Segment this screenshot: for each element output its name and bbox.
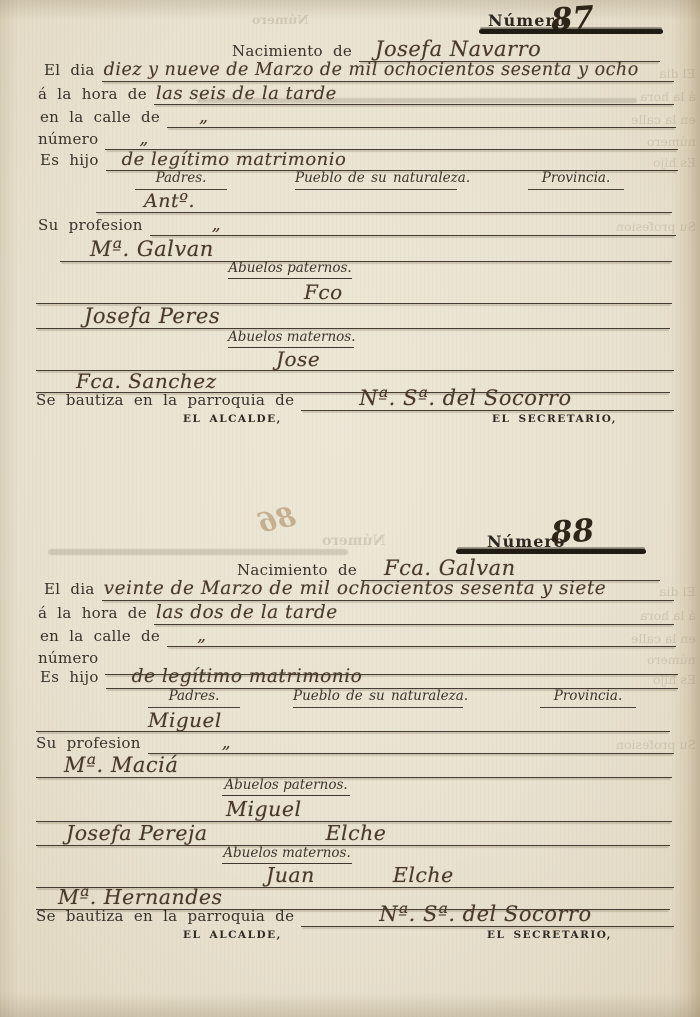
numero-casa-label: número xyxy=(38,649,105,667)
pueblo-column-header: Pueblo de su naturaleza. xyxy=(293,688,463,708)
numero-underline-bar xyxy=(456,549,646,554)
dia-label: El dia xyxy=(44,580,102,598)
bleedthrough-numero: Número xyxy=(322,533,385,549)
profession-value: „ xyxy=(222,735,231,752)
father-name-value: Antº. xyxy=(144,192,195,211)
bleedthrough-text: Su profesion xyxy=(616,219,696,234)
profesion-label: Su profesion xyxy=(38,216,150,234)
bleedthrough-text: El dia xyxy=(659,66,696,81)
abuelos-paternos-header: Abuelos paternos. xyxy=(228,260,352,279)
hijo-label: Es hijo xyxy=(40,668,106,686)
bleedthrough-text: El dia xyxy=(659,584,696,599)
bleedthrough-text: Es hijo xyxy=(653,672,696,687)
legitimacy-value: de legítimo matrimonio xyxy=(122,151,347,169)
hora-label: á la hora de xyxy=(38,604,154,622)
secretario-signature-label: EL SECRETARIO, xyxy=(487,929,612,941)
child-name-value: Fca. Galvan xyxy=(384,558,516,579)
calle-label: en la calle de xyxy=(40,108,167,126)
alcalde-signature-label: EL ALCALDE, xyxy=(183,929,282,941)
abuelos-maternos-header: Abuelos maternos. xyxy=(222,845,352,864)
profession-value: „ xyxy=(212,217,221,234)
birth-date-value: diez y nueve de Marzo de mil ochocientos… xyxy=(104,62,639,80)
parroquia-label: Se bautiza en la parroquia de xyxy=(36,907,301,925)
paternal-grandfather-value: Miguel xyxy=(226,799,302,820)
hijo-label: Es hijo xyxy=(40,151,106,169)
pueblo-column-header: Pueblo de su naturaleza. xyxy=(295,170,457,190)
provincia-column-header: Provincia. xyxy=(528,170,624,190)
maternal-grandfather-value: Juan xyxy=(266,865,315,886)
mother-name-value: Mª. Galvan xyxy=(90,239,214,260)
father-name-value: Miguel xyxy=(148,710,222,730)
bleedthrough-text: número xyxy=(647,134,696,149)
bleedthrough-text: en la calle xyxy=(631,631,696,646)
maternal-grandfather-value: Jose xyxy=(276,349,320,369)
paternal-grandmother-value: Josefa Pereja xyxy=(66,823,208,844)
padres-column-header: Padres. xyxy=(148,688,240,708)
bleedthrough-text: á la hora xyxy=(640,608,696,623)
provincia-column-header: Provincia. xyxy=(540,688,636,708)
registry-page: Número 87 Nacimiento de Josefa Navarro E… xyxy=(0,0,700,1017)
bleedthrough-numero: Número xyxy=(252,12,309,27)
parroquia-label: Se bautiza en la parroquia de xyxy=(36,391,301,409)
house-number-value: „ xyxy=(139,131,148,148)
abuelos-maternos-header: Abuelos maternos. xyxy=(228,329,354,348)
maternal-grandfather-pueblo: Elche xyxy=(393,865,454,886)
numero-casa-label: número xyxy=(38,130,105,148)
profesion-label: Su profesion xyxy=(36,734,148,752)
paternal-grandmother-pueblo: Elche xyxy=(326,823,387,844)
birth-time-value: las seis de la tarde xyxy=(156,85,337,103)
alcalde-signature-label: EL ALCALDE, xyxy=(183,413,282,425)
numero-underline-bar xyxy=(479,29,663,34)
padres-column-header: Padres. xyxy=(135,170,227,190)
street-value: „ xyxy=(199,109,208,126)
street-value: „ xyxy=(197,628,206,645)
bleedthrough-text: Es hijo xyxy=(653,155,696,170)
nacimiento-label: Nacimiento de xyxy=(232,42,359,60)
bleedthrough-text: número xyxy=(647,652,696,667)
mother-name-value: Mª. Maciá xyxy=(64,755,178,776)
legitimacy-value: de legítimo matrimonio xyxy=(132,668,363,687)
child-name-value: Josefa Navarro xyxy=(375,39,541,60)
abuelos-paternos-header: Abuelos paternos. xyxy=(222,777,350,796)
bleedthrough-text: en la calle xyxy=(631,112,696,127)
bleedthrough-text: á la hora xyxy=(640,89,696,104)
paternal-grandmother-value: Josefa Peres xyxy=(84,306,220,327)
calle-label: en la calle de xyxy=(40,627,167,645)
bleedthrough-86: 86 xyxy=(255,501,298,539)
parish-value: Nª. Sª. del Socorro xyxy=(379,904,591,925)
parish-value: Nª. Sª. del Socorro xyxy=(359,388,571,409)
secretario-signature-label: EL SECRETARIO, xyxy=(492,413,617,425)
birth-date-value: veinte de Marzo de mil ochocientos sesen… xyxy=(104,580,607,599)
bleedthrough-text: Su profesion xyxy=(616,737,696,752)
dia-label: El dia xyxy=(44,61,102,79)
birth-time-value: las dos de la tarde xyxy=(156,604,338,623)
ink-smudge xyxy=(48,549,348,555)
hora-label: á la hora de xyxy=(38,85,154,103)
paternal-grandfather-value: Fco xyxy=(304,282,343,302)
numero-value-handwritten: 88 xyxy=(550,513,596,552)
nacimiento-label: Nacimiento de xyxy=(237,561,364,579)
